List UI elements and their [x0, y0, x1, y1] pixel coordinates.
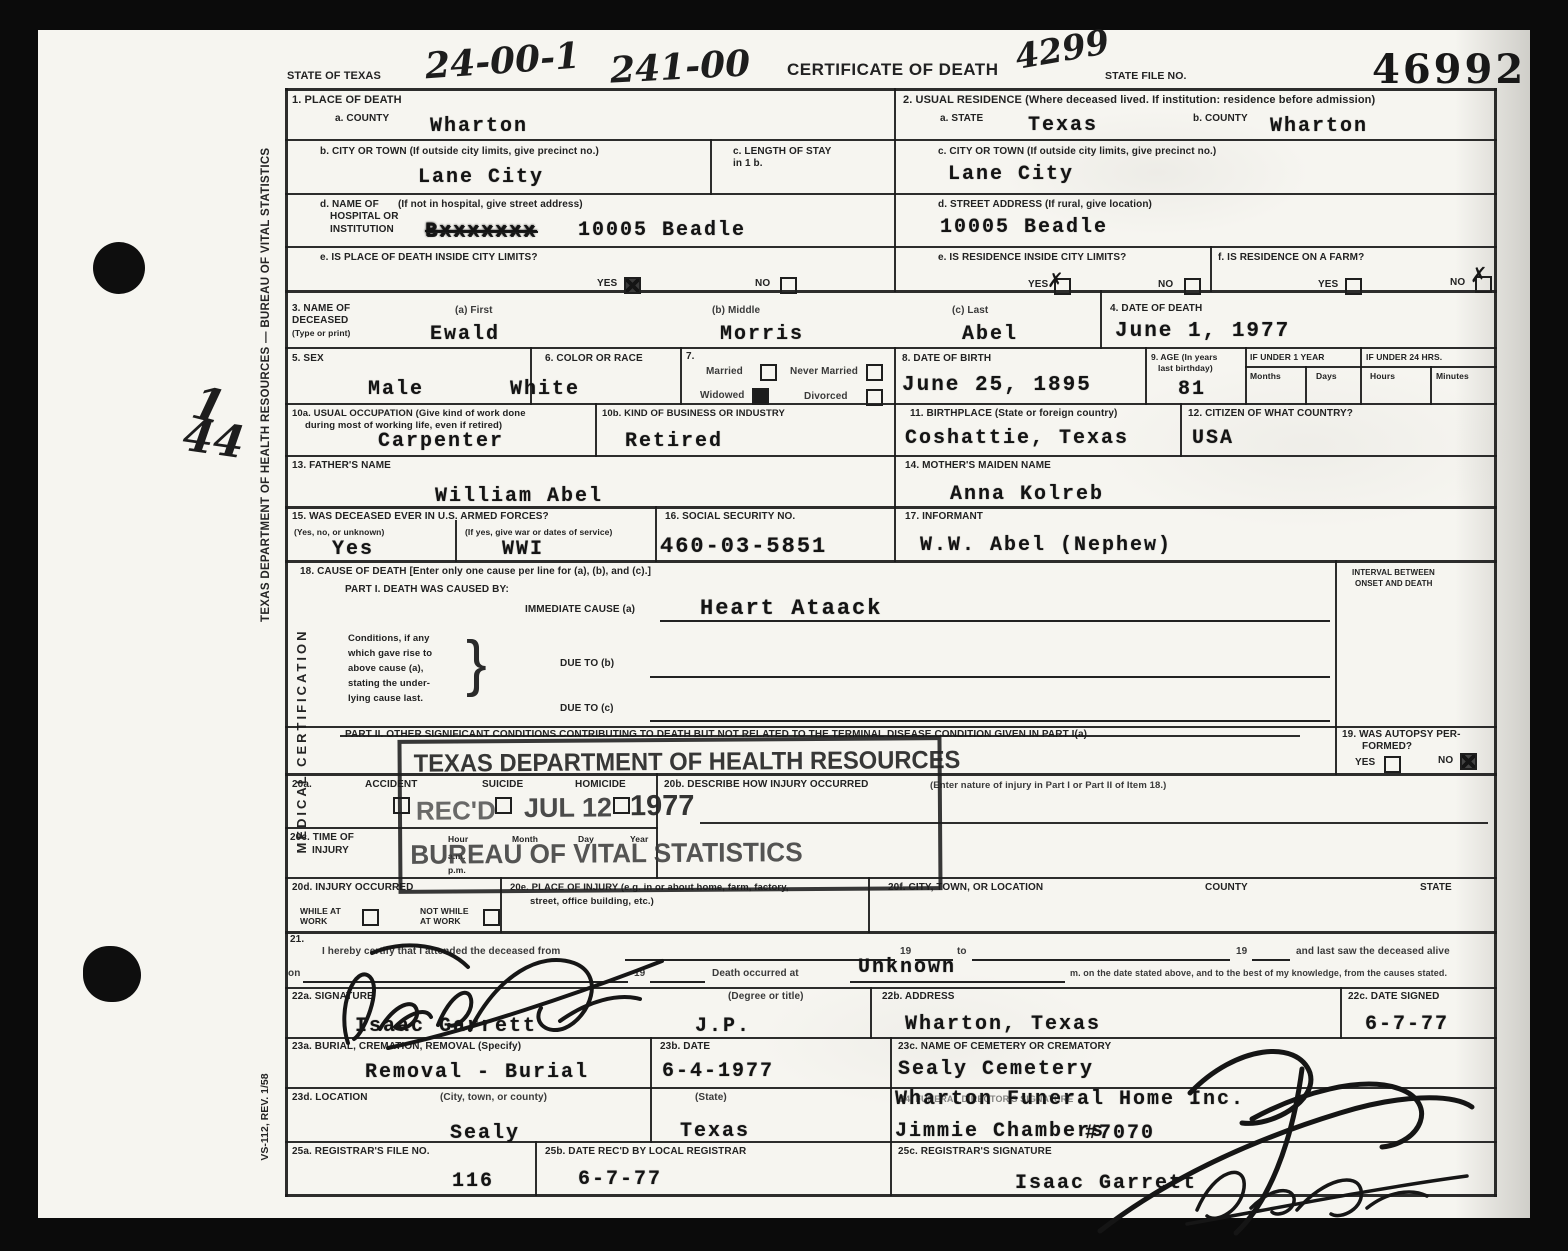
sec7-divorced-label: Divorced: [804, 391, 848, 402]
grid-line: [1335, 560, 1337, 728]
sec1-inst-struck-value: Bxxxxxxx: [425, 220, 537, 243]
stamp-date-year: 1977: [630, 790, 695, 823]
interval-label2: ONSET AND DEATH: [1355, 579, 1433, 588]
while-at-label1: WHILE AT: [300, 906, 341, 916]
sec2-street-label: d. STREET ADDRESS (If rural, give locati…: [938, 199, 1152, 210]
sec7-widowed-checkbox: [752, 388, 769, 405]
sec6-race-value: White: [510, 378, 580, 401]
sec15-forces-value: Yes: [332, 538, 374, 561]
while-at-work-checkbox: [362, 909, 379, 926]
grid-line: [1145, 347, 1147, 405]
margin-agency-text: TEXAS DEPARTMENT OF HEALTH RESOURCES — B…: [260, 256, 278, 622]
sec12-value: USA: [1192, 427, 1234, 450]
sec1-limits-label: e. IS PLACE OF DEATH INSIDE CITY LIMITS?: [320, 252, 538, 263]
grid-line: [285, 290, 1497, 293]
sec2-farm-yes-checkbox: [1345, 278, 1362, 295]
state-file-no-label: STATE FILE NO.: [1105, 70, 1187, 82]
sec12-label: 12. CITIZEN OF WHAT COUNTRY?: [1188, 408, 1353, 419]
sec1-city-value: Lane City: [418, 166, 544, 189]
grid-line: [894, 403, 896, 457]
grid-line: [680, 347, 682, 405]
sec21-l1c: to: [957, 946, 967, 957]
grid-line: [1100, 290, 1102, 349]
sec18-cond4: stating the under-: [348, 678, 430, 689]
stamp-agency-text: TEXAS DEPARTMENT OF HEALTH RESOURCES: [414, 746, 961, 779]
sec22-date-label: 22c. DATE SIGNED: [1348, 991, 1439, 1002]
pencil-mark-44: 44: [180, 410, 248, 469]
months-label: Months: [1250, 371, 1281, 381]
sec21-l2c: Death occurred at: [712, 968, 799, 979]
sec25b-label: 25b. DATE REC'D BY LOCAL REGISTRAR: [545, 1146, 746, 1157]
grid-line: [285, 246, 1497, 248]
sec14-mother-value: Anna Kolreb: [950, 483, 1104, 506]
sec19-yes-label: YES: [1355, 757, 1375, 768]
sec1-yes-label: YES: [597, 278, 617, 289]
grid-line: [894, 347, 896, 405]
jp-signature: [318, 935, 678, 1055]
sec22-degree-value: J.P.: [695, 1015, 751, 1038]
sec21-num: 21.: [290, 934, 304, 945]
sec22-degree-label: (Degree or title): [728, 991, 804, 1002]
sec18-cond3: above cause (a),: [348, 663, 424, 674]
while-at-label2: WORK: [300, 916, 327, 926]
sec7-never-married-label: Never Married: [790, 366, 858, 377]
sec23a-value: Removal - Burial: [365, 1061, 589, 1084]
registrar-signature: [1175, 1148, 1475, 1240]
sec2-state-label: a. STATE: [940, 113, 983, 124]
not-while-label1: NOT WHILE: [420, 906, 469, 916]
sec3-last-value: Abel: [962, 323, 1018, 346]
grid-line: [285, 560, 1497, 563]
sec2-limits-label: e. IS RESIDENCE INSIDE CITY LIMITS?: [938, 252, 1126, 263]
due-c-line: [650, 720, 1330, 722]
sec19-no-checkbox: [1460, 753, 1477, 770]
days-label: Days: [1316, 371, 1337, 381]
sec19-label2: FORMED?: [1362, 741, 1412, 752]
sec3-num-label: 3. NAME OF: [292, 303, 350, 314]
grid-line: [1360, 347, 1362, 405]
sec15-sub1: (Yes, no, or unknown): [294, 527, 384, 537]
due-b-line: [650, 676, 1330, 678]
sec7-label: 7.: [686, 351, 695, 362]
stamp-date-month: JUL 12: [524, 792, 612, 824]
sec2-state-value: Texas: [1028, 114, 1098, 137]
sec23d-state-value: Texas: [680, 1120, 750, 1143]
sec2-county-label: b. COUNTY: [1193, 113, 1248, 124]
sec15-label: 15. WAS DECEASED EVER IN U.S. ARMED FORC…: [292, 511, 549, 522]
margin-form-ref-text: VS-112, REV. 1/58: [259, 1047, 273, 1187]
grid-line: [595, 403, 597, 457]
sec2-yes-mark: ✗: [1047, 268, 1064, 292]
sec16-label: 16. SOCIAL SECURITY NO.: [665, 511, 795, 522]
sec1-inst-label: d. NAME OF: [320, 199, 379, 210]
sec2-farm-no-mark: ✗: [1470, 263, 1488, 287]
sec15-sub2: (If yes, give war or dates of service): [465, 527, 612, 537]
sec17-value: W.W. Abel (Nephew): [920, 534, 1172, 557]
stamp-bureau-text: BUREAU OF VITAL STATISTICS: [410, 837, 803, 871]
minutes-label: Minutes: [1436, 371, 1469, 381]
sec20b-sub: (Enter nature of injury in Part I or Par…: [930, 780, 1166, 791]
sec20a-label: 20a.: [292, 779, 312, 790]
not-while-at-work-checkbox: [483, 909, 500, 926]
sec2-city-value: Lane City: [948, 163, 1074, 186]
sec14-mother-label: 14. MOTHER'S MAIDEN NAME: [905, 460, 1051, 471]
grid-line: [1340, 987, 1342, 1039]
sec22-addr-value: Wharton, Texas: [905, 1013, 1101, 1036]
received-stamp: TEXAS DEPARTMENT OF HEALTH RESOURCES REC…: [397, 736, 942, 894]
sec3-middle-label: (b) Middle: [712, 305, 760, 316]
sec19-no-label: NO: [1438, 755, 1453, 766]
sec1-no-checkbox: [780, 277, 797, 294]
sec18-due-c-label: DUE TO (c): [560, 703, 614, 714]
grid-line: [1245, 366, 1497, 368]
grid-line: [1210, 246, 1212, 292]
sec18-immediate-label: IMMEDIATE CAUSE (a): [525, 604, 635, 615]
grid-line: [1430, 366, 1432, 405]
sec1-stay-label2: in 1 b.: [733, 158, 763, 169]
interval-label1: INTERVAL BETWEEN: [1352, 568, 1435, 577]
sec20d-label: 20d. INJURY OCCURRED: [292, 882, 413, 893]
sec18-cond2: which gave rise to: [348, 648, 432, 659]
sec18-due-b-label: DUE TO (b): [560, 658, 614, 669]
sec6-race-label: 6. COLOR OR RACE: [545, 353, 643, 364]
certify-blank-7: [850, 981, 1065, 983]
grid-line: [285, 88, 288, 1197]
sec21-l1d: 19: [1236, 946, 1247, 957]
grid-line: [285, 139, 1497, 141]
certify-blank-4: [1252, 959, 1290, 961]
sec21-l2a: on: [288, 968, 300, 979]
grid-line: [455, 520, 457, 562]
sec2-yes-label: YES: [1028, 279, 1048, 290]
scanned-death-certificate: TEXAS DEPARTMENT OF HEALTH RESOURCES — B…: [0, 0, 1568, 1251]
grid-line: [285, 347, 1497, 349]
sec23d-sub2: (State): [695, 1092, 727, 1103]
sec10a-label1: 10a. USUAL OCCUPATION (Give kind of work…: [292, 408, 526, 419]
sec2-no-checkbox: [1184, 278, 1201, 295]
grid-line: [285, 88, 1497, 91]
punch-hole-bottom: [83, 946, 141, 1002]
death-occurred-at-value: Unknown: [858, 956, 956, 979]
sec22-addr-label: 22b. ADDRESS: [882, 991, 955, 1002]
sec13-father-value: William Abel: [435, 485, 603, 508]
grid-line: [655, 506, 657, 562]
sec21-l2d: m. on the date stated above, and to the …: [1070, 968, 1447, 978]
sec16-value: 460-03-5851: [660, 534, 827, 559]
sec2-farm-no-label: NO: [1450, 277, 1465, 288]
grid-line: [1180, 403, 1182, 457]
sec11-label: 11. BIRTHPLACE (State or foreign country…: [910, 408, 1117, 419]
sec7-married-label: Married: [706, 366, 743, 377]
sec18-cond5: lying cause last.: [348, 693, 423, 704]
sec10b-label: 10b. KIND OF BUSINESS OR INDUSTRY: [602, 408, 785, 419]
sec7-married-checkbox: [760, 364, 777, 381]
grid-line: [1305, 366, 1307, 405]
sec2-county-value: Wharton: [1270, 115, 1368, 138]
sec1-stay-label: c. LENGTH OF STAY: [733, 146, 831, 157]
sec7-divorced-checkbox: [866, 389, 883, 406]
certificate-title: CERTIFICATE OF DEATH: [787, 60, 998, 80]
county-col-label: COUNTY: [1205, 882, 1248, 893]
sec23d-city-value: Sealy: [450, 1122, 520, 1145]
sec20c-label1: 20c. TIME OF: [290, 832, 354, 843]
sec2-farm-label: f. IS RESIDENCE ON A FARM?: [1218, 252, 1364, 263]
hours-label: Hours: [1370, 371, 1395, 381]
sec11-value: Coshattie, Texas: [905, 427, 1129, 450]
sec1-no-label: NO: [755, 278, 770, 289]
grid-line: [285, 455, 1497, 457]
sec25c-label: 25c. REGISTRAR'S SIGNATURE: [898, 1146, 1052, 1157]
grid-line: [285, 193, 1497, 195]
punch-hole-top: [93, 242, 145, 294]
grid-line: [894, 88, 896, 292]
sec2-city-label: c. CITY OR TOWN (If outside city limits,…: [938, 146, 1216, 157]
sec2-street-value: 10005 Beadle: [940, 216, 1108, 239]
sec23d-sub1: (City, town, or county): [440, 1092, 547, 1103]
sec5-sex-value: Male: [368, 378, 424, 401]
sec17-label: 17. INFORMANT: [905, 511, 983, 522]
under24-label: IF UNDER 24 HRS.: [1366, 352, 1442, 362]
sec20c-label2: INJURY: [312, 845, 349, 856]
sec3-middle-value: Morris: [720, 323, 804, 346]
grid-line: [710, 139, 712, 195]
sec18-brace: }: [466, 628, 487, 699]
sec18-label: 18. CAUSE OF DEATH [Enter only one cause…: [300, 566, 651, 577]
grid-line: [894, 506, 896, 562]
grid-line: [1494, 88, 1497, 1197]
cause-a-line: [660, 620, 1330, 622]
sec1-title: 1. PLACE OF DEATH: [292, 94, 402, 106]
sec18-cond1: Conditions, if any: [348, 633, 430, 644]
under1-label: IF UNDER 1 YEAR: [1250, 352, 1325, 362]
sec1-inst-label2: HOSPITAL OR: [330, 211, 399, 222]
sec3-num-label2: DECEASED: [292, 315, 348, 326]
sec19-yes-checkbox: [1384, 756, 1401, 773]
sec7-widowed-label: Widowed: [700, 390, 745, 401]
stamp-recd-text: REC'D: [416, 795, 496, 827]
sec19-label1: 19. WAS AUTOPSY PER-: [1342, 729, 1461, 740]
sec1-county-value: Wharton: [430, 115, 528, 138]
sec4-dod-value: June 1, 1977: [1115, 320, 1290, 343]
grid-line: [1335, 726, 1337, 775]
sec15-war-value: WWI: [502, 538, 544, 561]
not-while-label2: AT WORK: [420, 916, 461, 926]
sec3-last-label: (c) Last: [952, 305, 988, 316]
grid-line: [870, 987, 872, 1039]
sec18-part1-label: PART I. DEATH WAS CAUSED BY:: [345, 584, 509, 595]
sec1-city-label: b. CITY OR TOWN (If outside city limits,…: [320, 146, 599, 157]
sec3-first-label: (a) First: [455, 305, 493, 316]
sec9-age-value: 81: [1178, 378, 1206, 401]
certify-blank-3: [972, 959, 1230, 961]
sec5-sex-label: 5. SEX: [292, 353, 324, 364]
grid-line: [890, 1037, 892, 1196]
sec9-age-label1: 9. AGE (In years: [1151, 352, 1217, 362]
sec20e-label2: street, office building, etc.): [530, 896, 654, 907]
sec7-never-married-checkbox: [866, 364, 883, 381]
sec9-age-label2: last birthday): [1158, 363, 1213, 373]
sec8-dob-label: 8. DATE OF BIRTH: [902, 353, 991, 364]
sec10b-value: Retired: [625, 430, 723, 453]
sec23b-value: 6-4-1977: [662, 1060, 774, 1083]
sec1-yes-checkbox: [624, 277, 641, 294]
sec8-dob-value: June 25, 1895: [902, 374, 1092, 397]
sec25b-value: 6-7-77: [578, 1168, 662, 1191]
sec22-date-value: 6-7-77: [1365, 1013, 1449, 1036]
grid-line: [285, 931, 1497, 934]
certificate-number: 46992: [1372, 46, 1526, 93]
handwritten-code-2: 241-00: [609, 42, 751, 91]
grid-line: [285, 726, 1497, 728]
sec18-cause-value: Heart Ataack: [700, 596, 882, 621]
state-col-label: STATE: [1420, 882, 1452, 893]
grid-line: [285, 403, 1497, 405]
sec1-inst-label3: INSTITUTION: [330, 224, 394, 235]
grid-line: [894, 455, 896, 508]
sec1-inst-value: 10005 Beadle: [578, 219, 746, 242]
sec3-first-value: Ewald: [430, 323, 500, 346]
sec1-county-label: a. COUNTY: [335, 113, 389, 124]
sec25a-value: 116: [452, 1170, 494, 1193]
sec23d-label: 23d. LOCATION: [292, 1092, 368, 1103]
sec1-inst-paren: (If not in hospital, give street address…: [398, 199, 583, 210]
sec13-father-label: 13. FATHER'S NAME: [292, 460, 391, 471]
sec2-title: 2. USUAL RESIDENCE (Where deceased lived…: [903, 94, 1375, 106]
grid-line: [1245, 347, 1247, 405]
sec3-num-label3: (Type or print): [292, 328, 350, 338]
state-of-texas-label: STATE OF TEXAS: [287, 70, 381, 82]
sec4-dod-label: 4. DATE OF DEATH: [1110, 303, 1202, 314]
sec10a-value: Carpenter: [378, 430, 504, 453]
grid-line: [535, 1141, 537, 1196]
sec2-no-label: NO: [1158, 279, 1173, 290]
sec2-farm-yes-label: YES: [1318, 279, 1338, 290]
sec21-l1e: and last saw the deceased alive: [1296, 946, 1450, 957]
sec25a-label: 25a. REGISTRAR'S FILE NO.: [292, 1146, 430, 1157]
